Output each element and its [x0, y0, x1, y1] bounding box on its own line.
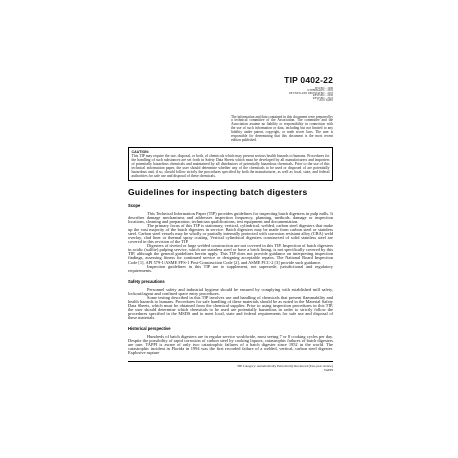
caution-box: CAUTION: This TIP may require the use, d…	[128, 147, 333, 181]
paragraph-safety-2: Some testing described in this TIP invol…	[128, 296, 333, 320]
issuance-line: ©2018 TAPPI	[128, 100, 333, 103]
document-content: TIP 0402-22 ISSUED – 1986 WITHDRAWN – 20…	[128, 76, 333, 373]
paragraph-scope-2: The primary focus of this TIP is station…	[128, 224, 333, 244]
section-heading-historical-perspective: Historical perspective	[128, 327, 333, 332]
paragraph-scope-4: Inspection guidelines in this TIP are to…	[128, 265, 333, 273]
page-footer: TIP Category: Automatically Periodically…	[128, 364, 333, 372]
caution-text: This TIP may require the use, disposal, …	[132, 154, 330, 178]
footer-divider	[128, 361, 333, 362]
section-heading-safety-precautions: Safety precautions	[128, 280, 333, 285]
legal-disclaimer: The information and data contained in th…	[231, 116, 333, 144]
footer-org: TAPPI	[128, 368, 333, 372]
document-title: Guidelines for inspecting batch digester…	[128, 187, 333, 197]
issuance-history: ISSUED – 1986 WITHDRAWN – 2002 REVISED A…	[128, 88, 333, 103]
paragraph-scope-3: Digesters of riveted or large welded con…	[128, 244, 333, 264]
document-page: TIP 0402-22 ISSUED – 1986 WITHDRAWN – 20…	[0, 0, 458, 458]
paragraph-historical-1: Hundreds of batch digesters are in regul…	[128, 335, 333, 355]
document-number: TIP 0402-22	[128, 76, 333, 85]
section-heading-scope: Scope	[128, 204, 333, 209]
